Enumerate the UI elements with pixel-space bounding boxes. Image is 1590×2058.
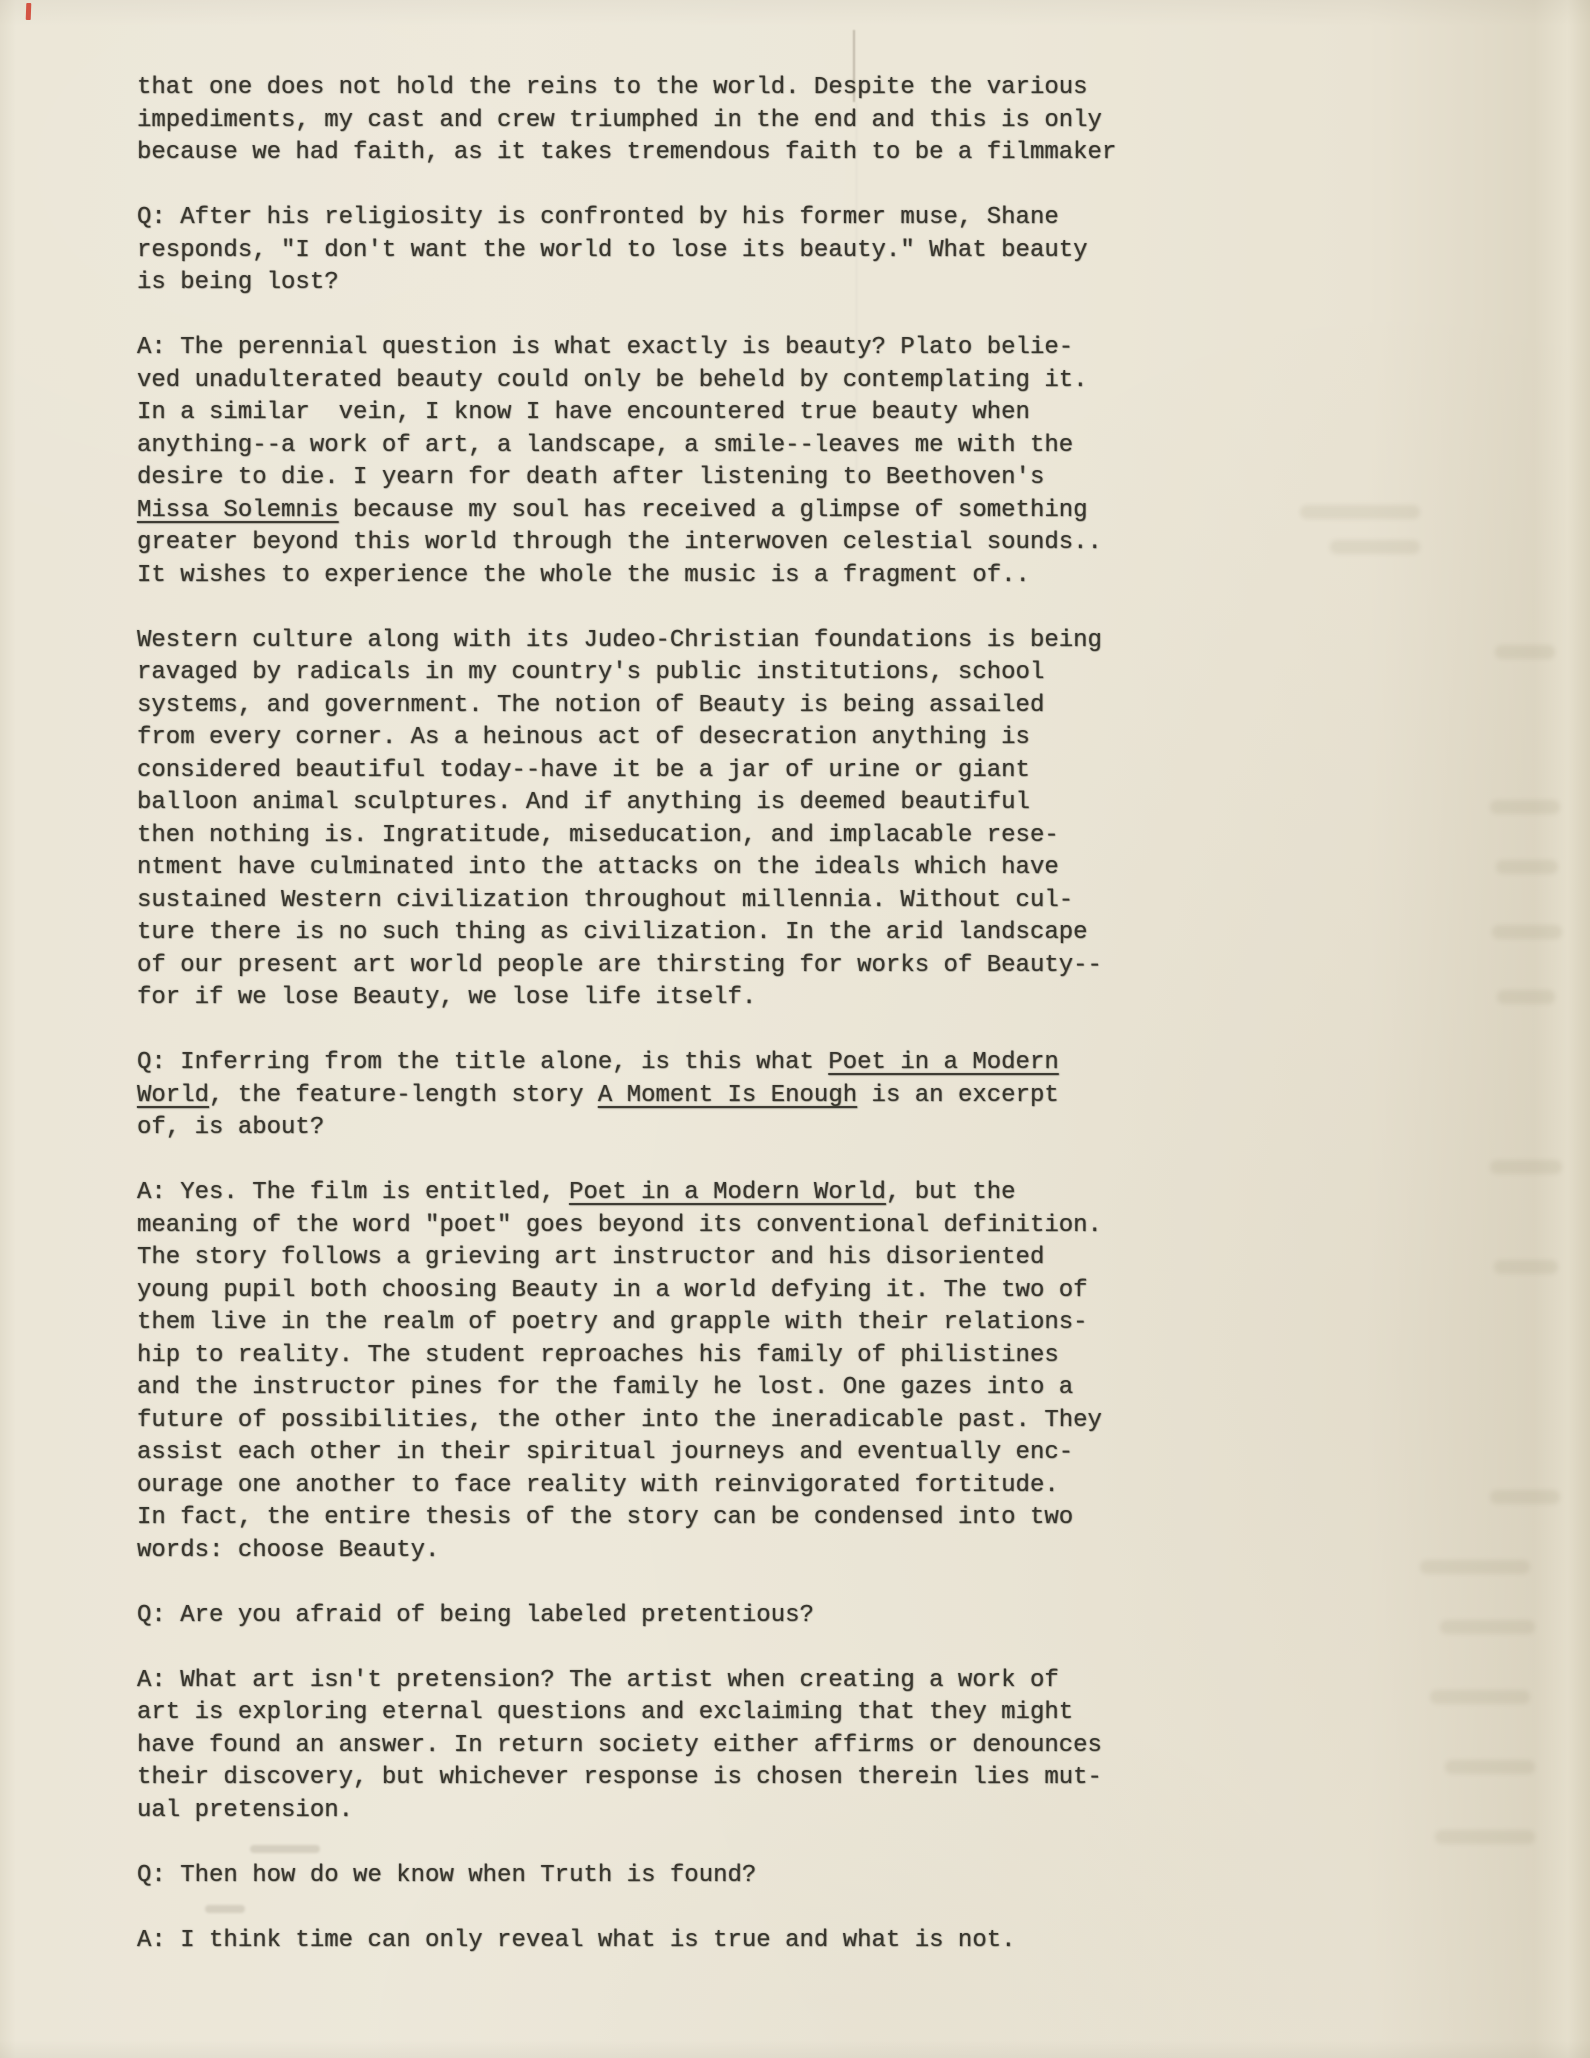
typed-line: Q: Inferring from the title alone, is th…	[137, 1047, 1147, 1080]
bleed-smudge	[1440, 1620, 1535, 1634]
bleed-smudge	[1435, 1830, 1535, 1844]
bleed-smudge	[1492, 925, 1562, 939]
typed-line: words: choose Beauty.	[137, 1535, 1147, 1568]
typed-line: anything--a work of art, a landscape, a …	[137, 430, 1147, 463]
typed-line: is being lost?	[137, 267, 1147, 300]
question-title: Q: Inferring from the title alone, is th…	[137, 1047, 1147, 1145]
question-truth: Q: Then how do we know when Truth is fou…	[137, 1860, 1147, 1893]
bleed-smudge	[1300, 505, 1420, 519]
typed-line: and the instructor pines for the family …	[137, 1372, 1147, 1405]
answer-pretension: A: What art isn't pretension? The artist…	[137, 1665, 1147, 1828]
typed-line: systems, and government. The notion of B…	[137, 690, 1147, 723]
bleed-smudge	[1330, 540, 1420, 554]
typed-line: considered beautiful today--have it be a…	[137, 755, 1147, 788]
typed-text: that one does not hold the reins to the …	[137, 72, 1147, 1957]
typed-line: ravaged by radicals in my country's publ…	[137, 657, 1147, 690]
typed-line: their discovery, but whichever response …	[137, 1762, 1147, 1795]
answer-beauty: A: The perennial question is what exactl…	[137, 332, 1147, 592]
typewritten-page: that one does not hold the reins to the …	[0, 0, 1590, 2058]
typed-line: ved unadulterated beauty could only be b…	[137, 365, 1147, 398]
typed-line: assist each other in their spiritual jou…	[137, 1437, 1147, 1470]
typed-line: Q: After his religiosity is confronted b…	[137, 202, 1147, 235]
typed-line: then nothing is. Ingratitude, miseducati…	[137, 820, 1147, 853]
answer-beauty-culture: Western culture along with its Judeo-Chr…	[137, 625, 1147, 1015]
typed-line: A: Yes. The film is entitled, Poet in a …	[137, 1177, 1147, 1210]
typed-line: of, is about?	[137, 1112, 1147, 1145]
typed-line: meaning of the word "poet" goes beyond i…	[137, 1210, 1147, 1243]
bleed-smudge	[1490, 1160, 1562, 1174]
typed-line: The story follows a grieving art instruc…	[137, 1242, 1147, 1275]
typed-line: greater beyond this world through the in…	[137, 527, 1147, 560]
typed-line: art is exploring eternal questions and e…	[137, 1697, 1147, 1730]
typed-line: of our present art world people are thir…	[137, 950, 1147, 983]
bleed-smudge	[1445, 1760, 1535, 1774]
typed-line: A: I think time can only reveal what is …	[137, 1925, 1147, 1958]
typed-line: desire to die. I yearn for death after l…	[137, 462, 1147, 495]
typed-line: A: What art isn't pretension? The artist…	[137, 1665, 1147, 1698]
bleed-smudge	[1430, 1690, 1530, 1704]
question-religiosity: Q: After his religiosity is confronted b…	[137, 202, 1147, 300]
bleed-smudge	[1495, 645, 1555, 659]
typed-line: Western culture along with its Judeo-Chr…	[137, 625, 1147, 658]
typed-line: hip to reality. The student reproaches h…	[137, 1340, 1147, 1373]
typed-line: young pupil both choosing Beauty in a wo…	[137, 1275, 1147, 1308]
typed-line: that one does not hold the reins to the …	[137, 72, 1147, 105]
typed-line: because we had faith, as it takes tremen…	[137, 137, 1147, 170]
typed-line: A: The perennial question is what exactl…	[137, 332, 1147, 365]
typed-line: impediments, my cast and crew triumphed …	[137, 105, 1147, 138]
typed-line: future of possibilities, the other into …	[137, 1405, 1147, 1438]
typed-line: for if we lose Beauty, we lose life itse…	[137, 982, 1147, 1015]
typed-line: responds, "I don't want the world to los…	[137, 235, 1147, 268]
bleed-smudge	[1420, 1560, 1530, 1574]
typed-line: In fact, the entire thesis of the story …	[137, 1502, 1147, 1535]
typed-line: ourage one another to face reality with …	[137, 1470, 1147, 1503]
typed-line: It wishes to experience the whole the mu…	[137, 560, 1147, 593]
answer-truth: A: I think time can only reveal what is …	[137, 1925, 1147, 1958]
typed-line: Q: Are you afraid of being labeled prete…	[137, 1600, 1147, 1633]
typed-line: balloon animal sculptures. And if anythi…	[137, 787, 1147, 820]
typed-line: have found an answer. In return society …	[137, 1730, 1147, 1763]
bleed-smudge	[1496, 860, 1558, 874]
question-pretentious: Q: Are you afraid of being labeled prete…	[137, 1600, 1147, 1633]
red-pen-mark	[26, 3, 32, 20]
typed-line: ture there is no such thing as civilizat…	[137, 917, 1147, 950]
bleed-smudge	[1490, 1490, 1560, 1504]
typed-line: sustained Western civilization throughou…	[137, 885, 1147, 918]
typed-line: Q: Then how do we know when Truth is fou…	[137, 1860, 1147, 1893]
answer-film: A: Yes. The film is entitled, Poet in a …	[137, 1177, 1147, 1567]
bleed-smudge	[1490, 800, 1560, 814]
typed-line: ual pretension.	[137, 1795, 1147, 1828]
bleed-smudge	[1494, 1260, 1558, 1274]
typed-line: World, the feature-length story A Moment…	[137, 1080, 1147, 1113]
typed-line: Missa Solemnis because my soul has recei…	[137, 495, 1147, 528]
typed-line: them live in the realm of poetry and gra…	[137, 1307, 1147, 1340]
typed-line: ntment have culminated into the attacks …	[137, 852, 1147, 885]
typed-line: from every corner. As a heinous act of d…	[137, 722, 1147, 755]
typed-line: In a similar vein, I know I have encount…	[137, 397, 1147, 430]
continued-answer: that one does not hold the reins to the …	[137, 72, 1147, 170]
bleed-smudge	[1497, 990, 1555, 1004]
